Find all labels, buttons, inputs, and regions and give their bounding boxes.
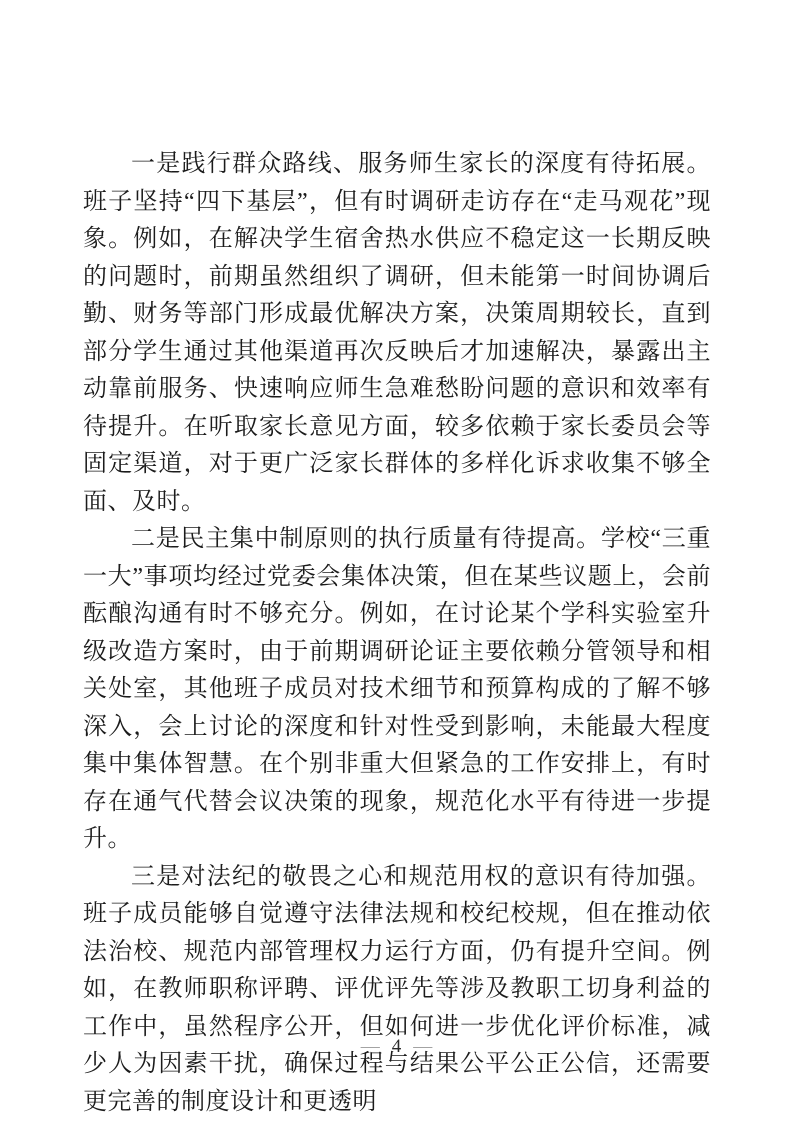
footer-left-dash: — — [353, 1036, 388, 1057]
footer-right-dash: — — [405, 1036, 440, 1057]
page-number: 4 — [388, 1036, 406, 1057]
paragraph-3: 三是对法纪的敬畏之心和规范用权的意识有待加强。班子成员能够自觉遵守法律法规和校纪… — [83, 859, 711, 1122]
document-body: 一是践行群众路线、服务师生家长的深度有待拓展。班子坚持“四下基层”，但有时调研走… — [83, 146, 711, 1121]
document-page: 一是践行群众路线、服务师生家长的深度有待拓展。班子坚持“四下基层”，但有时调研走… — [0, 0, 793, 1122]
paragraph-1: 一是践行群众路线、服务师生家长的深度有待拓展。班子坚持“四下基层”，但有时调研走… — [83, 146, 711, 521]
paragraph-2: 二是民主集中制原则的执行质量有待提高。学校“三重一大”事项均经过党委会集体决策，… — [83, 521, 711, 859]
page-footer: —4— — [0, 1036, 793, 1058]
